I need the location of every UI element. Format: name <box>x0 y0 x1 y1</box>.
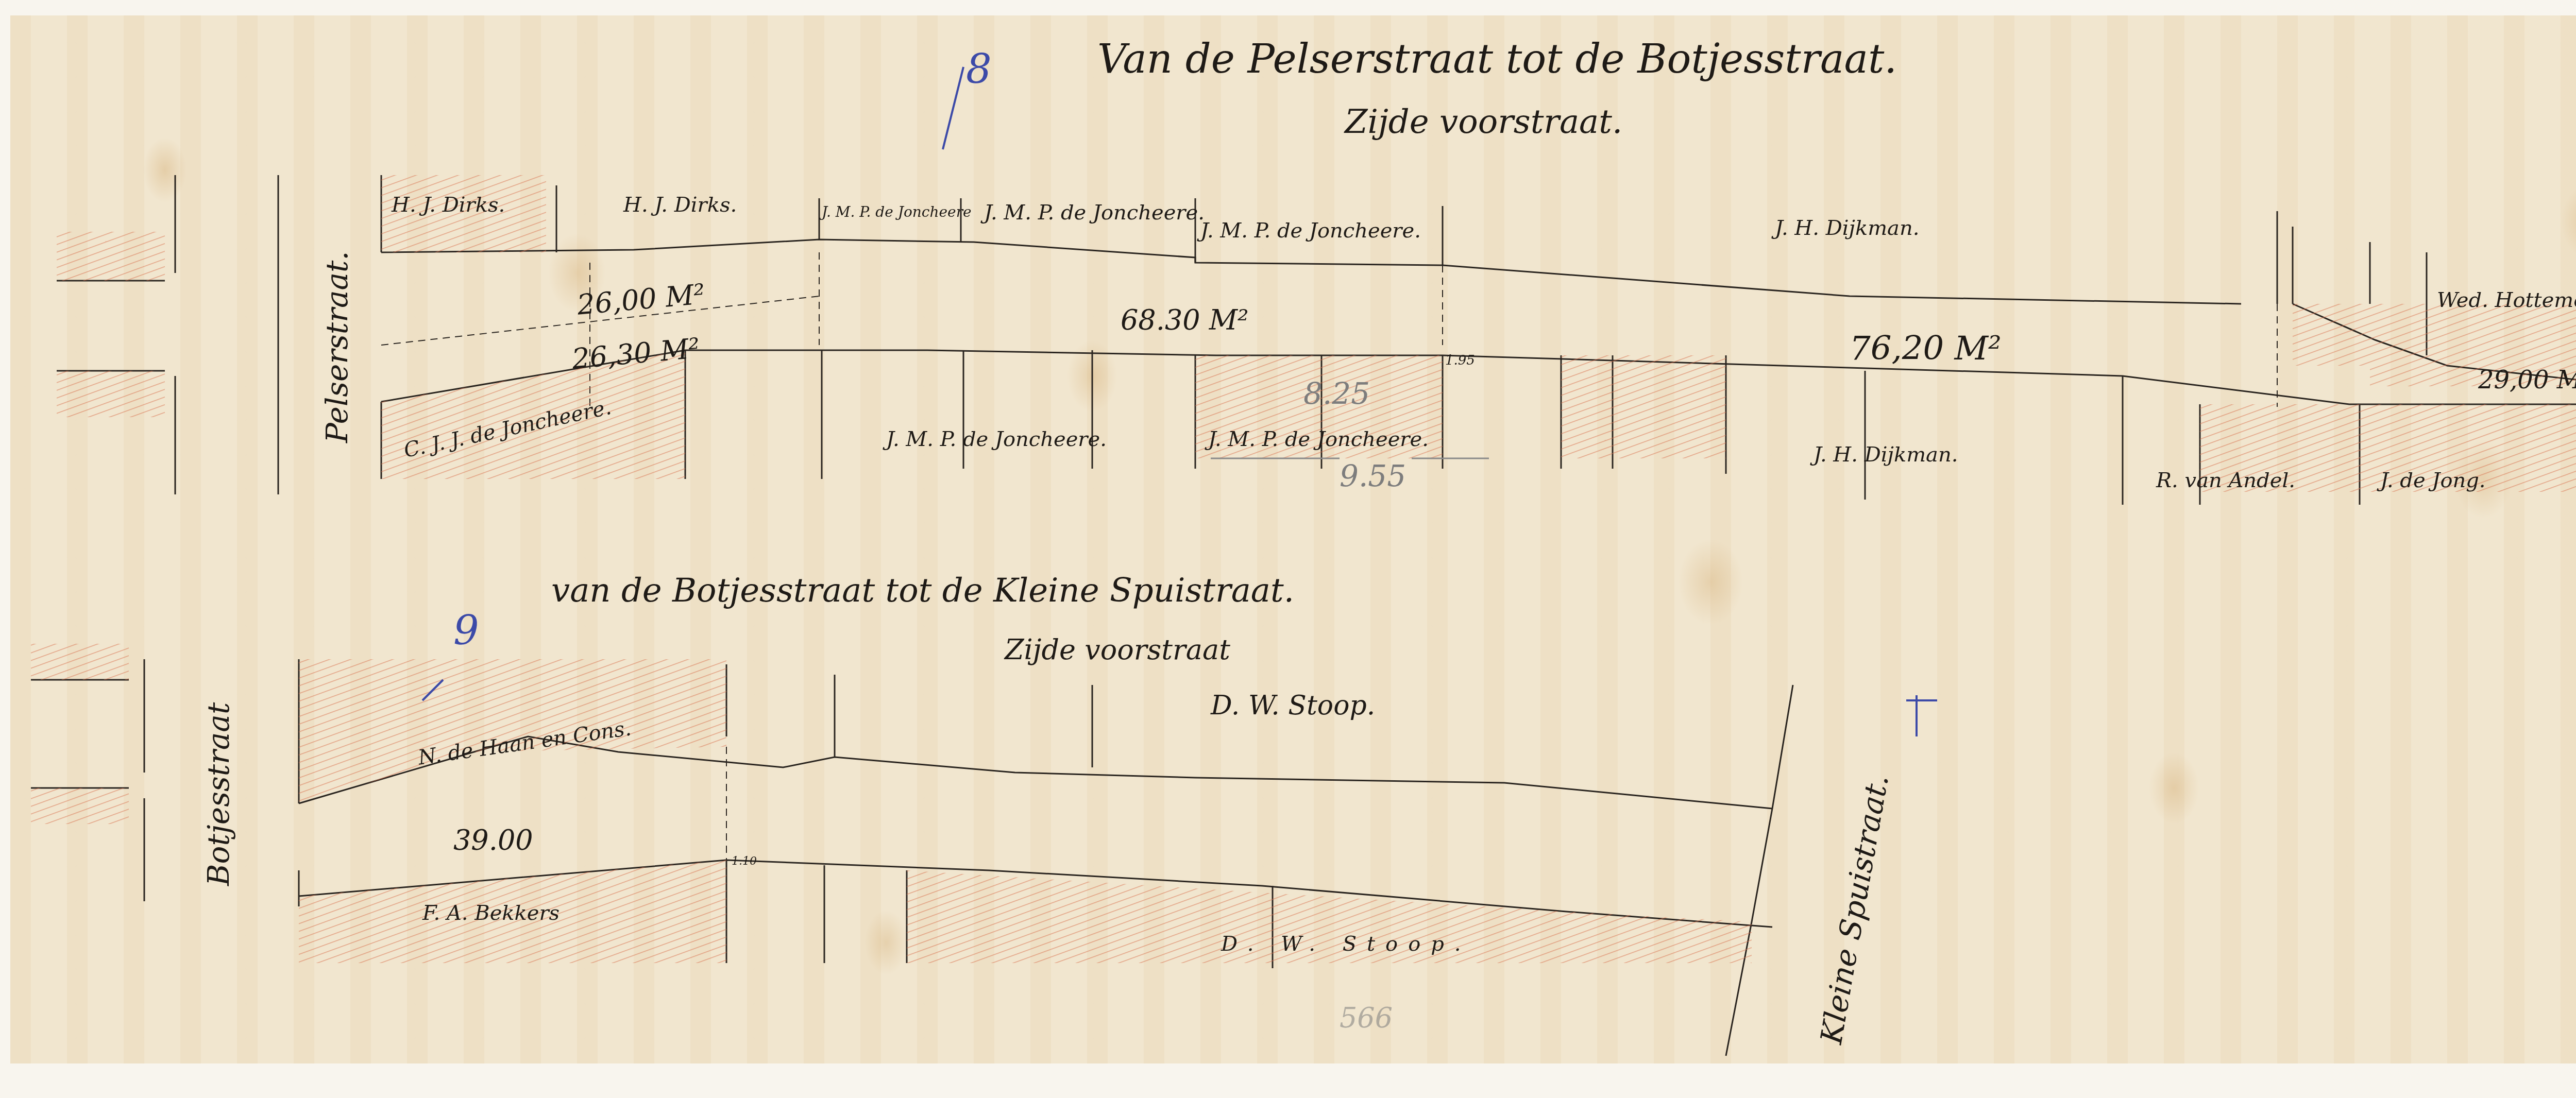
area-label: 68.30 M² <box>1121 304 1249 336</box>
owner-label: J. M. P. de Joncheere. <box>984 201 1205 225</box>
owner-label: J. M. P. de Joncheere. <box>1208 427 1429 451</box>
area-label: 39.00 <box>453 824 533 856</box>
owner-label: Wed. Hottemerk. <box>2437 288 2576 312</box>
owner-label: J. H. Dijkman. <box>1814 443 1958 467</box>
street-pelserstraat: Pelserstraat. <box>319 251 354 443</box>
section-8-subtitle: Zijde voorstraat. <box>1345 103 1622 141</box>
section-8-number: 8 <box>966 46 992 93</box>
owner-label: D. W. Stoop. <box>1221 932 1471 956</box>
owner-label: J. M. P. de Joncheere <box>822 203 972 220</box>
offset-measurement: 1.10 <box>732 855 757 868</box>
owner-label: J. de Jong. <box>2380 469 2486 492</box>
pencil-measurement: 8.25 <box>1303 376 1370 411</box>
owner-label: H. J. Dirks. <box>623 193 737 217</box>
section-9-title: van de Botjesstraat tot de Kleine Spuist… <box>551 572 1294 610</box>
owner-label: J. M. P. de Joncheere. <box>886 427 1107 451</box>
owner-label: J. M. P. de Joncheere. <box>1200 219 1421 243</box>
area-label: 76,20 M² <box>1850 330 2002 368</box>
owner-label: D. W. Stoop. <box>1211 690 1375 721</box>
owner-label: H. J. Dirks. <box>392 193 505 217</box>
owner-label: F. A. Bekkers <box>422 901 560 925</box>
owner-label: J. H. Dijkman. <box>1775 216 1919 240</box>
section-9-number: 9 <box>453 608 479 654</box>
pencil-measurement: 9.55 <box>1340 458 1406 493</box>
section-8-title: Van de Pelserstraat tot de Botjesstraat. <box>1097 36 1897 82</box>
area-label: 29,00 M² <box>2478 366 2576 394</box>
map-drawing <box>10 15 2576 1063</box>
margin-mark: 566 <box>1340 1002 1393 1034</box>
owner-label: R. van Andel. <box>2156 469 2295 492</box>
street-botjesstraat-left: Botjesstraat <box>201 702 236 886</box>
map-sheet: 8 Van de Pelserstraat tot de Botjesstraa… <box>10 15 2576 1063</box>
offset-measurement: 1.95 <box>1445 353 1475 368</box>
section-9-subtitle: Zijde voorstraat <box>1005 633 1230 666</box>
